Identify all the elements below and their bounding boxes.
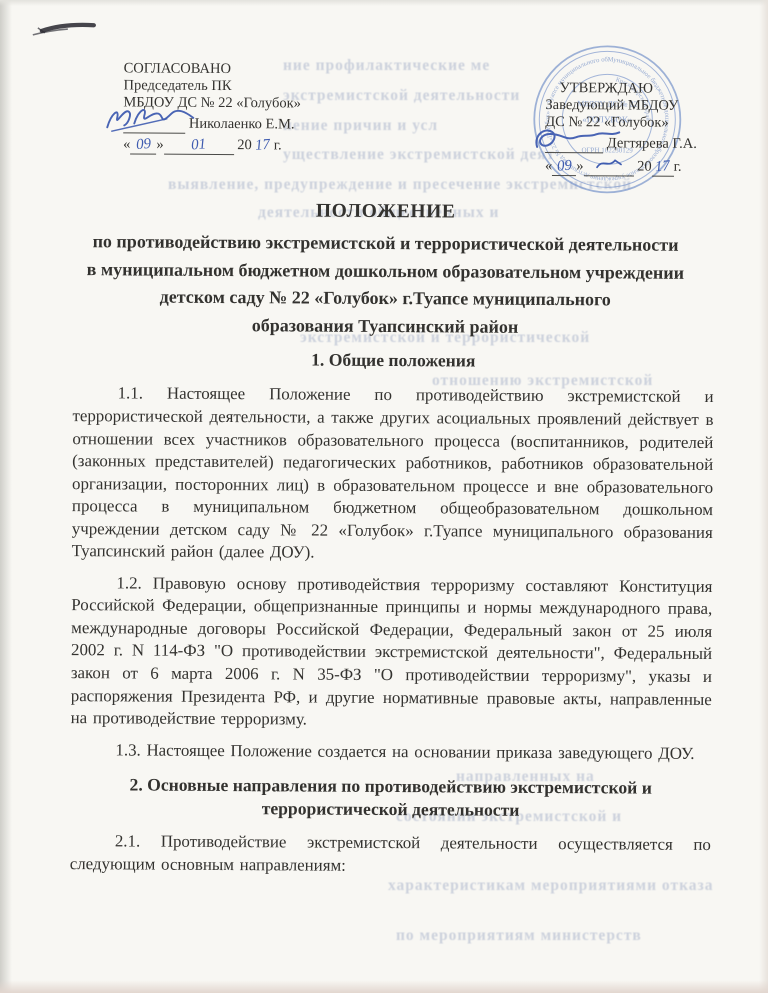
approved-signature-line: [545, 135, 603, 153]
scan-edge-bottom: [0, 980, 768, 993]
document-title: ПОЛОЖЕНИЕ: [44, 199, 728, 225]
scan-edge-right: [759, 0, 768, 993]
quote-close: »: [576, 159, 583, 175]
paragraph-1-3: 1.3. Настоящее Положение создается на ос…: [70, 739, 711, 765]
agreed-date-suffix: г.: [274, 138, 282, 154]
agreed-date-row: «09»01 2017г.: [123, 137, 301, 156]
agreed-year-prefix: 20: [237, 137, 252, 153]
document-body: 1. Общие положения 1.1. Настоящее Положе…: [70, 347, 714, 879]
scan-edge-left: [0, 0, 12, 993]
document-title-block: ПОЛОЖЕНИЕ по противодействию экстремистс…: [43, 199, 728, 343]
approved-organization: ДС № 22 «Голубок»: [545, 114, 697, 132]
approved-date-suffix: г.: [674, 159, 682, 175]
scan-edge-top: [0, 0, 768, 6]
agreed-signature-row: Николаенко Е.М.: [123, 116, 301, 135]
approved-name: Дегтярева Г.А.: [607, 136, 697, 153]
quote-open: «: [545, 158, 552, 174]
section-2-heading-line2: террористической деятельности: [70, 796, 711, 822]
title-line-2: по противодействию экстремистской и терр…: [43, 228, 727, 260]
pen-stroke-mark: [30, 12, 102, 44]
section-2-heading: 2. Основные направления по противодейств…: [70, 773, 711, 822]
approved-date-day: 09: [556, 158, 572, 176]
title-line-4: детском саду № 22 «Голубок» г.Туапсе мун…: [43, 283, 727, 315]
approved-date-row: «09» 2017г.: [545, 156, 697, 177]
approved-date-month-mark: [593, 157, 623, 171]
section-2-heading-line1: 2. Основные направления по противодейств…: [70, 773, 711, 799]
quote-close: »: [156, 137, 163, 153]
quote-open: «: [123, 137, 130, 153]
approved-signature-row: Дегтярева Г.А.: [545, 135, 697, 154]
agreed-date-year: 17: [255, 137, 271, 155]
approval-block-agreed: СОГЛАСОВАНО Председатель ПК МБДОУ ДС № 2…: [123, 60, 301, 155]
agreed-organization: МБДОУ ДС № 22 «Голубок»: [123, 94, 301, 112]
title-line-3: в муниципальном бюджетном дошкольном обр…: [43, 256, 727, 288]
agreed-name: Николаенко Е.М.: [189, 116, 295, 133]
approved-year-prefix: 20: [637, 159, 652, 175]
agreed-date-month: 01: [190, 137, 206, 155]
title-line-5: образования Туапсинский район: [43, 311, 727, 343]
agreed-title: СОГЛАСОВАНО: [124, 60, 302, 78]
agreed-signature-line: [123, 116, 185, 134]
approved-title: УТВЕРЖДАЮ: [545, 80, 697, 98]
approved-date-year: 17: [654, 159, 670, 177]
paragraph-1-2: 1.2. Правовую основу противодействия тер…: [71, 572, 713, 734]
paragraph-2-1: 2.1. Противодействие экстремистской деят…: [70, 830, 711, 879]
paragraph-1-1: 1.1. Настоящее Положение по противодейст…: [72, 383, 714, 567]
scanned-document-page: ние профилактические меэкстремистской де…: [0, 0, 768, 993]
approved-position: Заведующий МБДОУ: [545, 97, 697, 115]
document-content: Муниципальное бюджетное дошкольное образ…: [0, 0, 768, 993]
approval-block-approved: УТВЕРЖДАЮ Заведующий МБДОУ ДС № 22 «Голу…: [545, 80, 697, 177]
agreed-date-day: 09: [135, 136, 151, 154]
agreed-position: Председатель ПК: [123, 77, 301, 95]
section-1-heading: 1. Общие положения: [73, 347, 714, 373]
